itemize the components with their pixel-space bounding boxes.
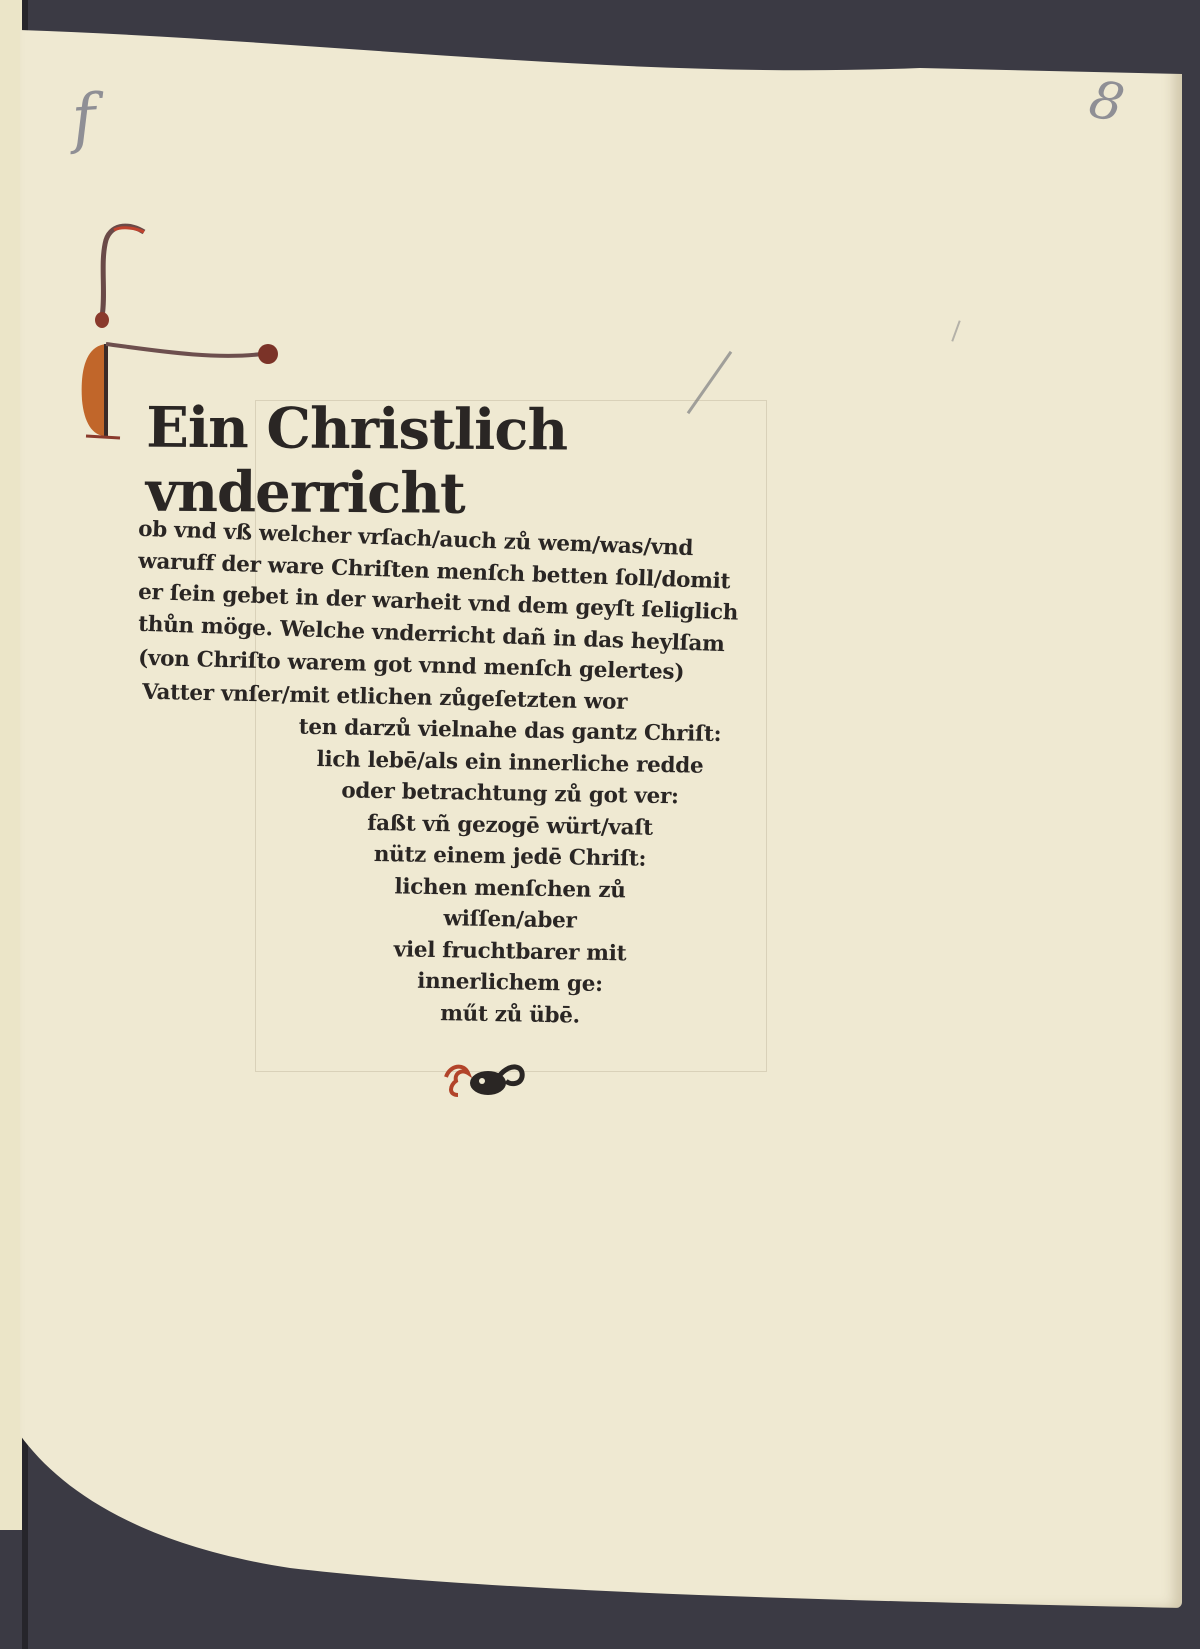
page-title: Ein Christlich vnderricht — [100, 395, 881, 528]
fleuron-ornament-icon — [440, 1055, 530, 1100]
rubric-flourish-icon — [92, 222, 152, 332]
title-text-block: Ein Christlich vnderricht ob vnd vß welc… — [100, 398, 880, 1030]
pencil-annotation-top-left: f — [69, 81, 98, 156]
